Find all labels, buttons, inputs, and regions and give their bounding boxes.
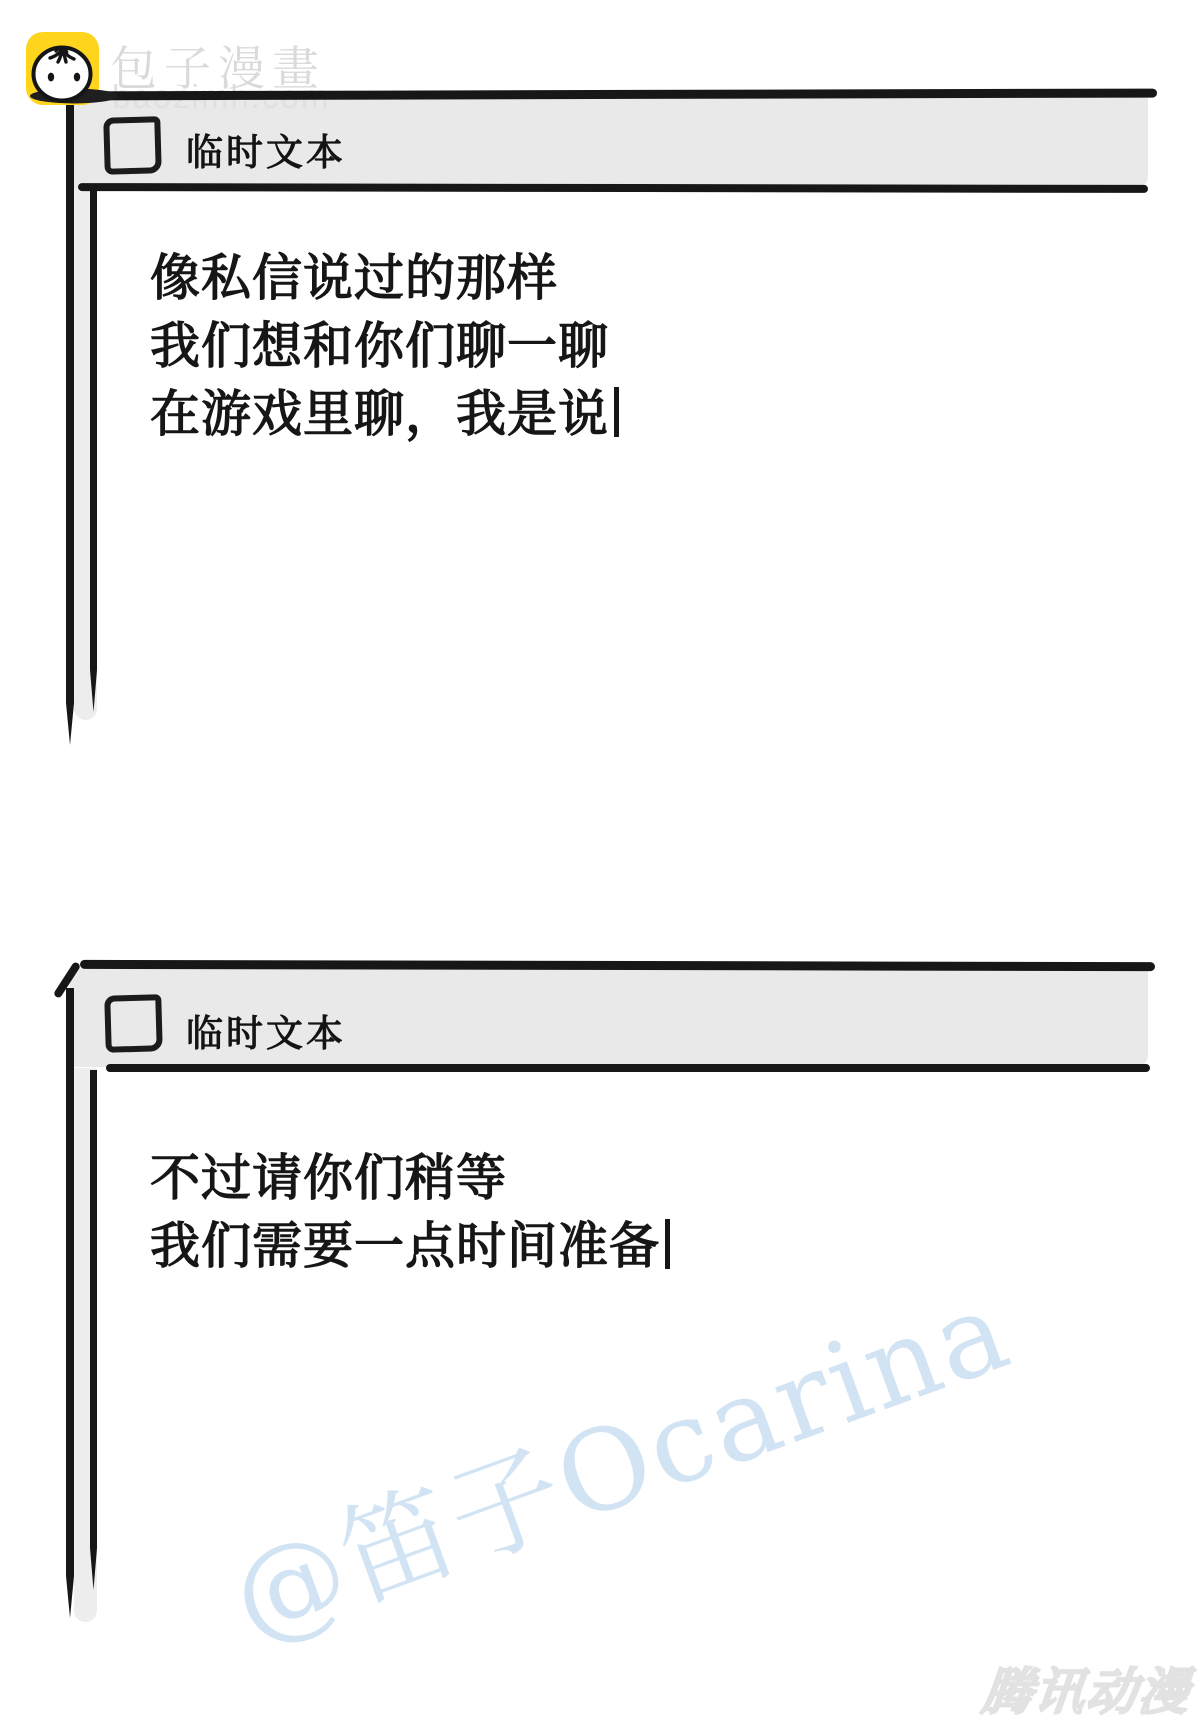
window2-titlebar-divider: [106, 1064, 1150, 1072]
text-line: 在游戏里聊，我是说: [150, 380, 619, 448]
text-line: 我们想和你们聊一聊: [150, 312, 619, 380]
window2-title: 临时文本: [186, 1003, 346, 1057]
window2-text-area[interactable]: 不过请你们稍等 我们需要一点时间准备: [150, 1144, 670, 1280]
text-line: 我们需要一点时间准备: [150, 1212, 670, 1280]
window2-inner-border: [90, 1070, 97, 1590]
text-cursor: [665, 1219, 670, 1269]
document-icon[interactable]: [103, 116, 162, 175]
window1-text-area[interactable]: 像私信说过的那样 我们想和你们聊一聊 在游戏里聊，我是说: [150, 244, 619, 448]
baozi-logo-icon[interactable]: [26, 32, 126, 112]
window1-left-border: [66, 95, 74, 745]
text-line: 不过请你们稍等: [150, 1144, 670, 1212]
window1-inner-border: [90, 188, 97, 712]
document-icon[interactable]: [104, 994, 163, 1053]
window2-left-border: [66, 988, 74, 1618]
artist-watermark: @笛子Ocarina: [207, 1241, 1019, 1644]
platform-logo: 腾讯动漫: [979, 1652, 1195, 1724]
window1-titlebar-divider: [78, 183, 1148, 193]
brand-name[interactable]: 包子漫畫: [110, 32, 326, 99]
text-cursor: [614, 387, 619, 437]
comic-page: { "brand": { "name": "包子漫畫", "domain": "…: [0, 0, 1200, 1735]
window1-title: 临时文本: [186, 122, 346, 176]
text-line: 像私信说过的那样: [150, 244, 619, 312]
